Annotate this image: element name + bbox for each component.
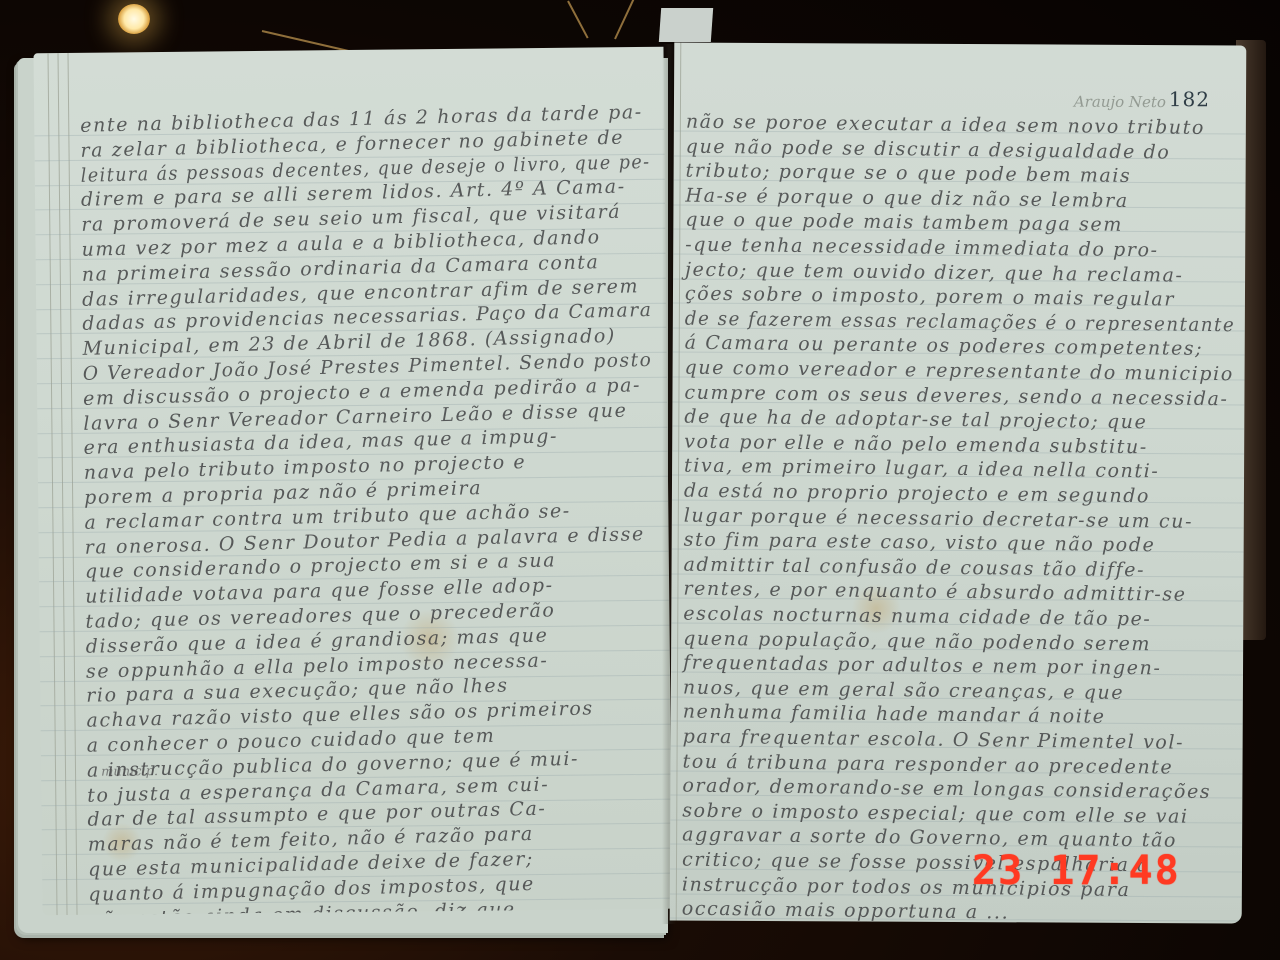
lamp-light [118, 4, 150, 34]
margin-note: municip. [101, 764, 158, 780]
handwritten-line: tiva, em primeiro lugar, a idea nella co… [684, 455, 1234, 484]
handwritten-line: orador, demorando-se em longas considera… [682, 775, 1232, 804]
handwritten-line: lugar porque é necessario decretar-se um… [684, 504, 1234, 533]
gutter-rule [676, 43, 682, 921]
handwritten-line: que não pode se discutir a desigualdade … [686, 135, 1236, 164]
right-page-lines: não se poroe executar a idea sem novo tr… [674, 43, 1246, 46]
header-signature: Araujo Neto [1074, 93, 1166, 111]
handwritten-line: frequentadas por adultos e nem por ingen… [683, 652, 1233, 681]
left-page: ente na bibliotheca das 11 ás 2 horas da… [34, 47, 673, 916]
margin-rule [48, 53, 58, 915]
handwritten-line: sto fim para este caso, visto que não po… [684, 529, 1234, 558]
handwritten-line: -que tenha necessidade immediata do pro- [685, 234, 1235, 263]
handwritten-line: tou á tribuna para responder ao preceden… [682, 750, 1232, 779]
handwritten-line: ções sobre o imposto, porem o mais regul… [685, 283, 1235, 312]
handwritten-line: para frequentar escola. O Senr Pimentel … [683, 726, 1233, 755]
handwritten-line: de que ha de adoptar-se tal projecto; qu… [684, 406, 1234, 435]
handwritten-line: nenhuma familia hade mandar á noite [683, 701, 1233, 730]
handwritten-line: que como vereador e representante do mun… [684, 357, 1234, 386]
handwritten-line: cumpre com os seus deveres, sendo a nece… [684, 381, 1234, 410]
handwritten-line: quena população, que não podendo serem [683, 627, 1233, 656]
handwritten-line: occasião mais opportuna a ... [682, 898, 1232, 924]
left-page-lines: ente na bibliotheca das 11 ás 2 horas da… [34, 47, 664, 54]
handwritten-line: que o que pode mais tambem paga sem [685, 209, 1235, 238]
handwritten-line: de se fazerem essas reclamações é o repr… [685, 307, 1212, 335]
handwritten-line: á Camara ou perante os poderes competent… [685, 332, 1235, 361]
handwritten-line: jecto; que tem ouvido dizer, que ha recl… [685, 258, 1235, 287]
straw-stalk [614, 0, 634, 39]
handwritten-line: não se poroe executar a idea sem novo tr… [686, 111, 1236, 140]
handwritten-line: escolas nocturnas numa cidade de tão pe- [683, 603, 1233, 632]
handwritten-line: da está no proprio projecto e em segundo [684, 480, 1234, 509]
handwritten-line: tributo; porque se o que pode bem mais [685, 160, 1235, 189]
camera-datestamp: 23 17:48 [972, 848, 1181, 894]
handwritten-line: rentes, e por enquanto é absurdo admitti… [683, 578, 1233, 607]
paper-tag [659, 8, 713, 42]
right-page: Araujo Neto 182 não se poroe executar a … [670, 43, 1247, 924]
page-number: 182 [1169, 87, 1210, 111]
margin-rule [68, 53, 78, 915]
margin-rule [58, 53, 68, 915]
straw-stalk [567, 1, 588, 39]
